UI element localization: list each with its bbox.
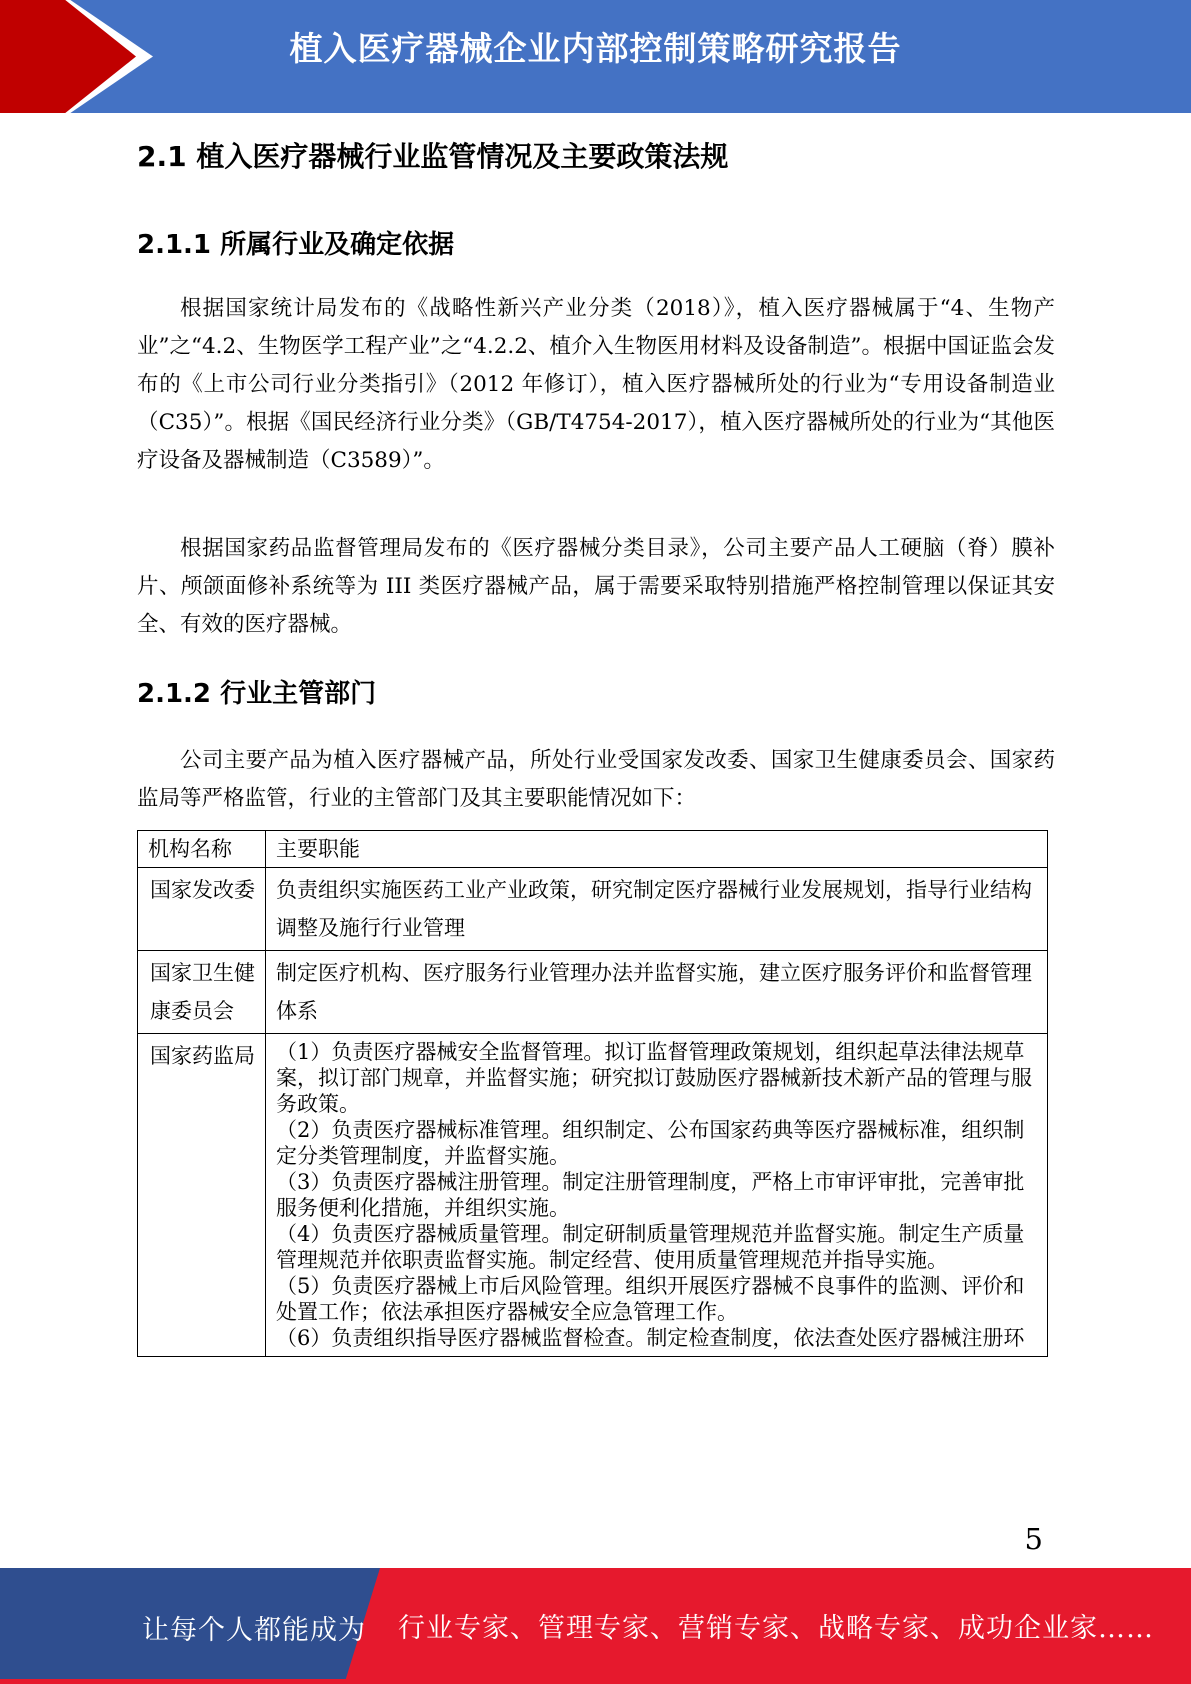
table-header-org: 机构名称 <box>138 831 266 868</box>
paragraph-industry-classification: 根据国家统计局发布的《战略性新兴产业分类（2018）》，植入医疗器械属于“4、生… <box>137 290 1055 480</box>
regulators-table: 机构名称 主要职能 国家发改委 负责组织实施医药工业产业政策，研究制定医疗器械行… <box>137 830 1048 1357</box>
org-cell: 国家卫生健康委员会 <box>138 951 266 1034</box>
duty-cell: （1）负责医疗器械安全监督管理。拟订监督管理政策规划，组织起草法律法规草案，拟订… <box>266 1034 1048 1357</box>
table-header-row: 机构名称 主要职能 <box>138 831 1048 868</box>
report-header-banner: 植入医疗器械企业内部控制策略研究报告 <box>0 0 1191 113</box>
report-title: 植入医疗器械企业内部控制策略研究报告 <box>290 23 902 70</box>
footer-slogan-left: 让每个人都能成为 <box>142 1608 366 1647</box>
duty-cell: 负责组织实施医药工业产业政策，研究制定医疗器械行业发展规划，指导行业结构调整及施… <box>266 868 1048 951</box>
document-page: 植入医疗器械企业内部控制策略研究报告 二、2023-2028 年植入医疗器械市场… <box>0 0 1191 1684</box>
section-heading-2-1: 2.1 植入医疗器械行业监管情况及主要政策法规 <box>137 139 1055 175</box>
table-row: 国家发改委 负责组织实施医药工业产业政策，研究制定医疗器械行业发展规划，指导行业… <box>138 868 1048 951</box>
footer-slogan-right: 行业专家、管理专家、营销专家、战略专家、成功企业家…… <box>398 1606 1154 1645</box>
table-header-duty: 主要职能 <box>266 831 1048 868</box>
duty-cell: 制定医疗机构、医疗服务行业管理办法并监督实施，建立医疗服务评价和监督管理体系 <box>266 951 1048 1034</box>
chevron-arrow-icon <box>0 0 160 113</box>
subsection-heading-2-1-1: 2.1.1 所属行业及确定依据 <box>137 227 1055 263</box>
org-cell: 国家药监局 <box>138 1034 266 1357</box>
paragraph-regulators-intro: 公司主要产品为植入医疗器械产品，所处行业受国家发改委、国家卫生健康委员会、国家药… <box>137 742 1055 818</box>
org-cell: 国家发改委 <box>138 868 266 951</box>
table-row: 国家药监局 （1）负责医疗器械安全监督管理。拟订监督管理政策规划，组织起草法律法… <box>138 1034 1048 1357</box>
page-number: 5 <box>1025 1522 1043 1556</box>
page-content: 二、2023-2028 年植入医疗器械市场前景及趋势预测 2.1 植入医疗器械行… <box>0 33 1191 1357</box>
table-row: 国家卫生健康委员会 制定医疗机构、医疗服务行业管理办法并监督实施，建立医疗服务评… <box>138 951 1048 1034</box>
subsection-heading-2-1-2: 2.1.2 行业主管部门 <box>137 676 1055 712</box>
paragraph-product-category: 根据国家药品监督管理局发布的《医疗器械分类目录》，公司主要产品人工硬脑（脊）膜补… <box>137 530 1055 644</box>
chevron-red-shape <box>0 0 136 113</box>
footer-banner: 让每个人都能成为 行业专家、管理专家、营销专家、战略专家、成功企业家…… <box>0 1568 1191 1684</box>
